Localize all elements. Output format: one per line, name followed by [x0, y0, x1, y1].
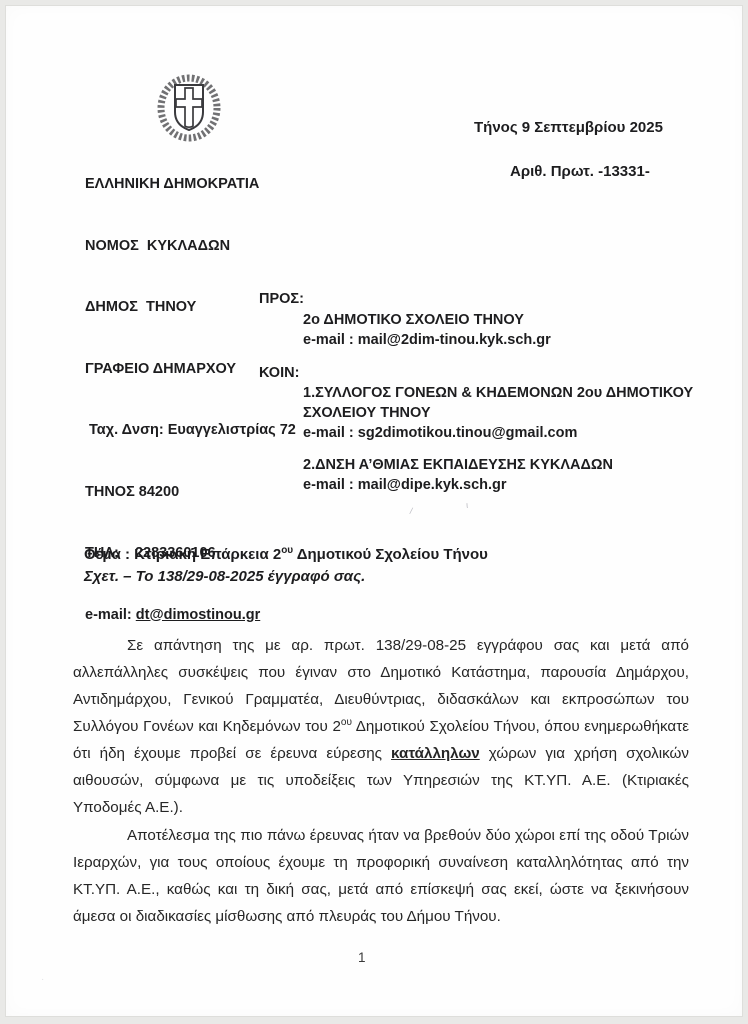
letterhead: ΕΛΛΗΝΙΚΗ ΔΗΜΟΚΡΑΤΙΑ ΝΟΜΟΣ ΚΥΚΛΑΔΩΝ ΔΗΜΟΣ…: [85, 133, 296, 666]
ordinal-superscript: ου: [341, 717, 352, 728]
reference-line: Σχετ. – Το 138/29-08-2025 έγγραφό σας.: [84, 568, 365, 585]
letterhead-org-line: ΕΛΛΗΝΙΚΗ ΔΗΜΟΚΡΑΤΙΑ: [85, 174, 296, 195]
letterhead-address-line: Ταχ. Δνση: Ευαγγελιστρίας 72: [85, 420, 296, 441]
subject-line: Θέμα : Κτιριακή Επάρκεια 2ου Δημοτικού Σ…: [84, 545, 488, 563]
scan-speck: ι: [466, 500, 469, 510]
cc-recipient-2-name: 2.ΔΝΣΗ Α’ΘΜΙΑΣ ΕΚΠΑΙΔΕΥΣΗΣ ΚΥΚΛΑΔΩΝ: [303, 457, 613, 473]
to-recipient-email: e-mail : mail@2dim-tinou.kyk.sch.gr: [303, 332, 551, 348]
body-paragraph-2: Αποτέλεσμα της πιο πάνω έρευνας ήταν να …: [73, 822, 689, 930]
cc-recipient-2-email: e-mail : mail@dipe.kyk.sch.gr: [303, 477, 507, 493]
scanned-document: ΕΛΛΗΝΙΚΗ ΔΗΜΟΚΡΑΤΙΑ ΝΟΜΟΣ ΚΥΚΛΑΔΩΝ ΔΗΜΟΣ…: [0, 0, 748, 1024]
email-label: e-mail:: [85, 607, 136, 623]
cc-recipient-1-name: 1.ΣΥΛΛΟΓΟΣ ΓΟΝΕΩΝ & ΚΗΔΕΜΟΝΩΝ 2ου ΔΗΜΟΤΙ…: [303, 385, 693, 401]
highlighted-word: κατάλληλων: [391, 745, 480, 762]
letterhead-city-line: ΤΗΝΟΣ 84200: [85, 482, 296, 503]
letterhead-org-line: ΝΟΜΟΣ ΚΥΚΛΑΔΩΝ: [85, 236, 296, 257]
body-paragraph-1: Σε απάντηση της με αρ. πρωτ. 138/29-08-2…: [73, 632, 689, 821]
to-recipient-name: 2ο ΔΗΜΟΤΙΚΟ ΣΧΟΛΕΙΟ ΤΗΝΟΥ: [303, 312, 524, 328]
scan-speck: /: [409, 506, 414, 516]
cc-recipient-1-email: e-mail : sg2dimotikou.tinou@gmail.com: [303, 425, 577, 441]
protocol-number: Αριθ. Πρωτ. -13331-: [510, 163, 650, 180]
document-date: Τήνος 9 Σεπτεμβρίου 2025: [474, 119, 663, 136]
document-page: ΕΛΛΗΝΙΚΗ ΔΗΜΟΚΡΑΤΙΑ ΝΟΜΟΣ ΚΥΚΛΑΔΩΝ ΔΗΜΟΣ…: [5, 5, 743, 1017]
letterhead-email-line: e-mail: dt@dimostinou.gr: [85, 605, 296, 626]
page-number: 1: [358, 950, 366, 965]
ordinal-superscript: ου: [281, 545, 293, 556]
to-label: ΠΡΟΣ:: [259, 291, 304, 307]
scan-speck: .: [41, 972, 46, 982]
cc-recipient-1-name-cont: ΣΧΟΛΕΙΟΥ ΤΗΝΟΥ: [303, 405, 431, 421]
letterhead-email-link[interactable]: dt@dimostinou.gr: [136, 607, 260, 623]
cc-label: ΚΟΙΝ:: [259, 365, 299, 381]
